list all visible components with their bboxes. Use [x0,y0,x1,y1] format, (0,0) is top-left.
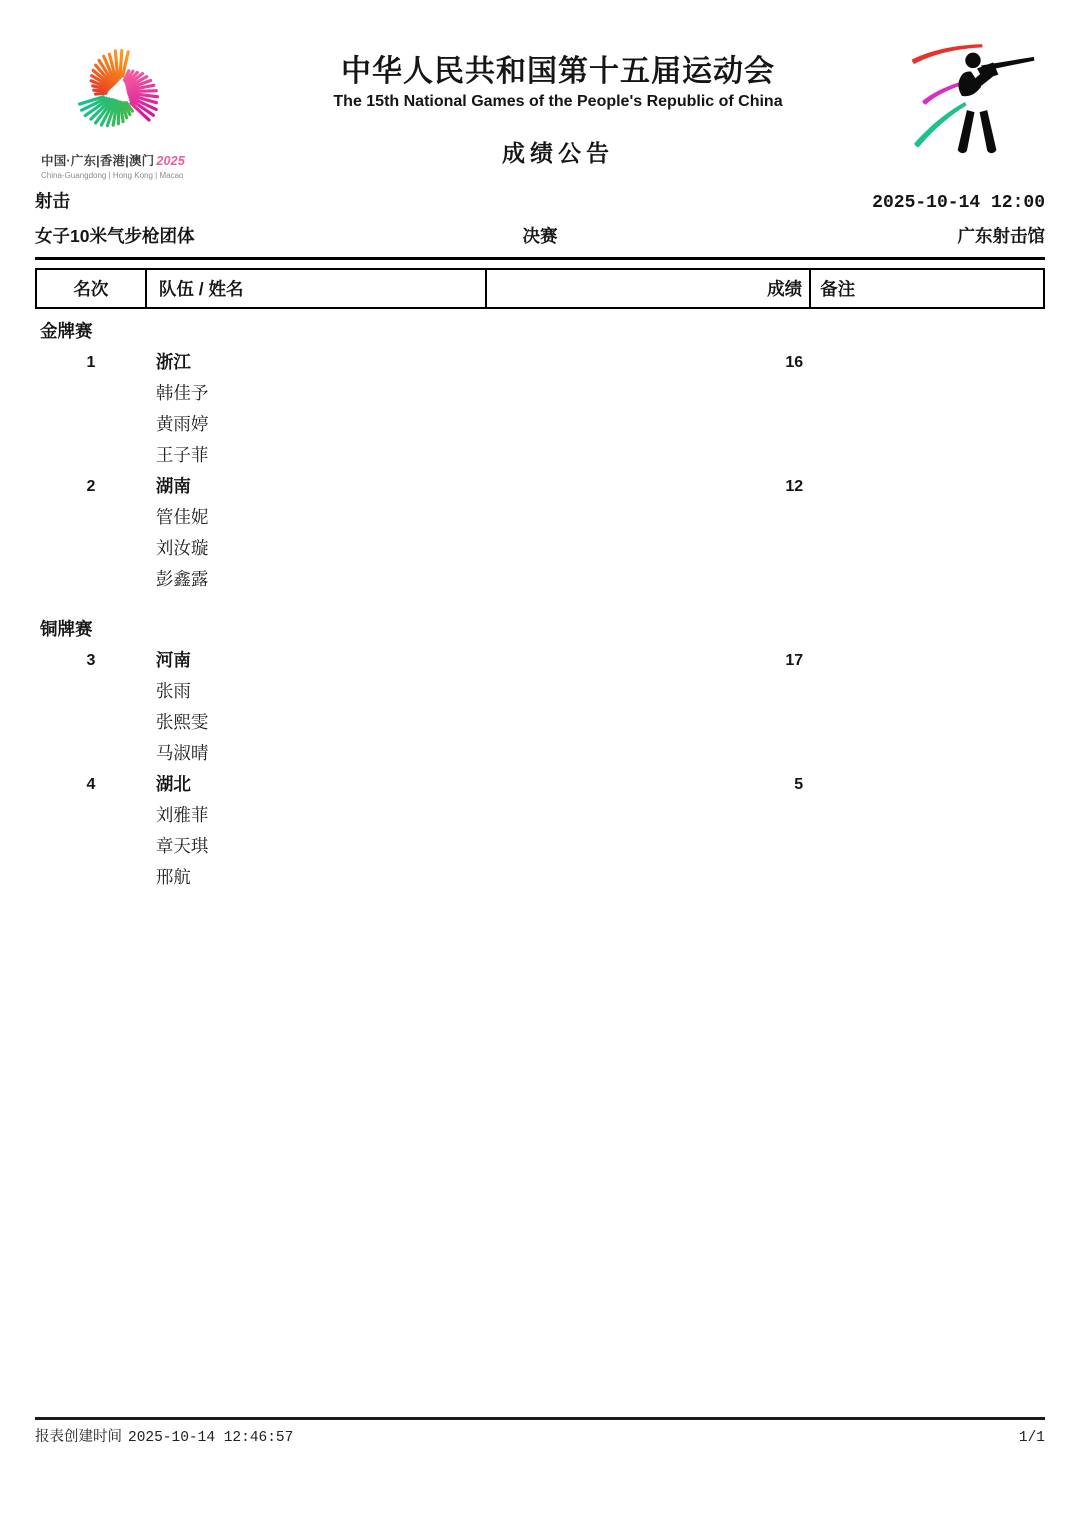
page-footer: 报表创建时间2025-10-14 12:46:57 1/1 [35,1417,1045,1446]
results-table: 名次 队伍 / 姓名 成绩 备注 金牌赛 1 浙江 16 [35,268,1045,894]
member-cell: 黄雨婷 [146,410,486,441]
remark-cell-empty [810,410,1044,441]
logo-caption-en: China-Guangdong | Hong Kong | Macao [41,171,221,180]
remark-cell-empty [810,379,1044,410]
member-row: 刘汝璇 [36,534,1044,565]
score-cell-empty [486,863,811,894]
team-cell: 浙江 [146,348,486,379]
gap-cell [36,596,1044,607]
team-row: 3 河南 17 [36,646,1044,677]
page-header: 中国·广东|香港|澳门2025 China-Guangdong | Hong K… [35,0,1045,180]
member-cell: 刘汝璇 [146,534,486,565]
member-row: 黄雨婷 [36,410,1044,441]
venue-name: 广东射击馆 [558,223,1046,248]
member-row: 韩佳予 [36,379,1044,410]
score-cell-empty [486,677,811,708]
logo-pinwheel [78,51,168,137]
team-cell: 河南 [146,646,486,677]
member-cell: 彭鑫露 [146,565,486,596]
report-created-label: 报表创建时间 [35,1430,122,1446]
remark-cell-empty [810,441,1044,472]
score-cell: 16 [486,348,811,379]
sport-label: 射击 [35,188,70,213]
score-cell-empty [486,832,811,863]
table-header-row: 名次 队伍 / 姓名 成绩 备注 [36,269,1044,308]
figure-head [965,53,980,68]
remark-cell-empty [810,863,1044,894]
rank-cell-empty [36,863,146,894]
column-header-remark: 备注 [810,269,1044,308]
team-row: 4 湖北 5 [36,770,1044,801]
header-divider [35,257,1045,260]
score-cell-empty [486,503,811,534]
member-row: 张熙雯 [36,708,1044,739]
games-logo: 中国·广东|香港|澳门2025 China-Guangdong | Hong K… [35,34,221,180]
logo-caption-zh: 中国·广东|香港|澳门2025 [41,151,221,169]
member-cell: 邢航 [146,863,486,894]
rank-cell-empty [36,410,146,441]
remark-cell-empty [810,801,1044,832]
remark-cell-empty [810,832,1044,863]
member-row: 张雨 [36,677,1044,708]
score-cell-empty [486,739,811,770]
section-gap-row [36,596,1044,607]
member-cell: 刘雅菲 [146,801,486,832]
report-title: 成绩公告 [221,135,895,168]
team-cell: 湖北 [146,770,486,801]
member-cell: 管佳妮 [146,503,486,534]
phase-label: 决赛 [523,223,558,248]
member-row: 邢航 [36,863,1044,894]
member-cell: 马淑晴 [146,739,486,770]
pictogram-figure [958,53,1035,153]
score-cell-empty [486,565,811,596]
score-cell: 12 [486,472,811,503]
swoosh-magenta [922,82,962,105]
rank-cell-empty [36,441,146,472]
score-cell-empty [486,708,811,739]
remark-cell-empty [810,534,1044,565]
score-cell-empty [486,379,811,410]
swoosh-green [914,102,967,147]
remark-cell-empty [810,565,1044,596]
page-title-en: The 15th National Games of the People's … [221,93,895,111]
remark-cell [810,770,1044,801]
team-row: 2 湖南 12 [36,472,1044,503]
section-title: 金牌赛 [36,308,1044,348]
remark-cell-empty [810,503,1044,534]
report-created: 报表创建时间2025-10-14 12:46:57 [35,1425,293,1446]
table-body: 金牌赛 1 浙江 16 韩佳予 黄雨婷 [36,308,1044,894]
rank-cell: 3 [36,646,146,677]
page-indicator: 1/1 [1019,1430,1045,1446]
meta-row-event: 女子10米气步枪团体 决赛 广东射击馆 [35,223,1045,248]
rank-cell: 1 [36,348,146,379]
remark-cell-empty [810,739,1044,770]
results-announcement-page: 中国·广东|香港|澳门2025 China-Guangdong | Hong K… [0,0,1080,1527]
section-row-gold: 金牌赛 [36,308,1044,348]
member-cell: 王子菲 [146,441,486,472]
figure-left-leg [958,110,975,153]
score-cell-empty [486,801,811,832]
member-cell: 章天琪 [146,832,486,863]
rank-cell-empty [36,565,146,596]
report-created-time: 2025-10-14 12:46:57 [128,1430,293,1446]
remark-cell [810,472,1044,503]
shooting-pictogram-icon [901,34,1045,168]
rank-cell-empty [36,739,146,770]
column-header-team: 队伍 / 姓名 [146,269,486,308]
rank-cell-empty [36,801,146,832]
column-header-rank: 名次 [36,269,146,308]
member-row: 刘雅菲 [36,801,1044,832]
member-row: 章天琪 [36,832,1044,863]
logo-caption-zh-text: 中国·广东|香港|澳门 [41,154,154,168]
member-row: 王子菲 [36,441,1044,472]
page-content: 中国·广东|香港|澳门2025 China-Guangdong | Hong K… [0,0,1080,894]
logo-caption-year: 2025 [156,154,185,168]
figure-right-leg [980,110,997,153]
remark-cell-empty [810,708,1044,739]
score-cell-empty [486,410,811,441]
rank-cell-empty [36,677,146,708]
rank-cell-empty [36,379,146,410]
rank-cell: 4 [36,770,146,801]
rank-cell-empty [36,708,146,739]
event-name: 女子10米气步枪团体 [35,223,523,248]
score-cell-empty [486,534,811,565]
rank-cell-empty [36,534,146,565]
remark-cell-empty [810,677,1044,708]
team-row: 1 浙江 16 [36,348,1044,379]
games-logo-icon [43,34,193,150]
section-title: 铜牌赛 [36,607,1044,646]
meta-row-sport: 射击 2025-10-14 12:00 [35,188,1045,213]
member-cell: 韩佳予 [146,379,486,410]
member-row: 管佳妮 [36,503,1044,534]
session-datetime: 2025-10-14 12:00 [872,193,1045,213]
score-cell: 5 [486,770,811,801]
section-row-bronze: 铜牌赛 [36,607,1044,646]
rank-cell-empty [36,832,146,863]
page-title-zh: 中华人民共和国第十五届运动会 [221,46,895,90]
score-cell: 17 [486,646,811,677]
remark-cell [810,646,1044,677]
logo-wing-orange [91,51,128,94]
rank-cell: 2 [36,472,146,503]
title-block: 中华人民共和国第十五届运动会 The 15th National Games o… [221,34,895,168]
member-row: 马淑晴 [36,739,1044,770]
team-cell: 湖南 [146,472,486,503]
remark-cell [810,348,1044,379]
member-cell: 张雨 [146,677,486,708]
member-cell: 张熙雯 [146,708,486,739]
column-header-score: 成绩 [486,269,811,308]
rank-cell-empty [36,503,146,534]
figure-torso [958,71,981,96]
score-cell-empty [486,441,811,472]
member-row: 彭鑫露 [36,565,1044,596]
sport-pictogram [895,34,1045,168]
table-header: 名次 队伍 / 姓名 成绩 备注 [36,269,1044,308]
